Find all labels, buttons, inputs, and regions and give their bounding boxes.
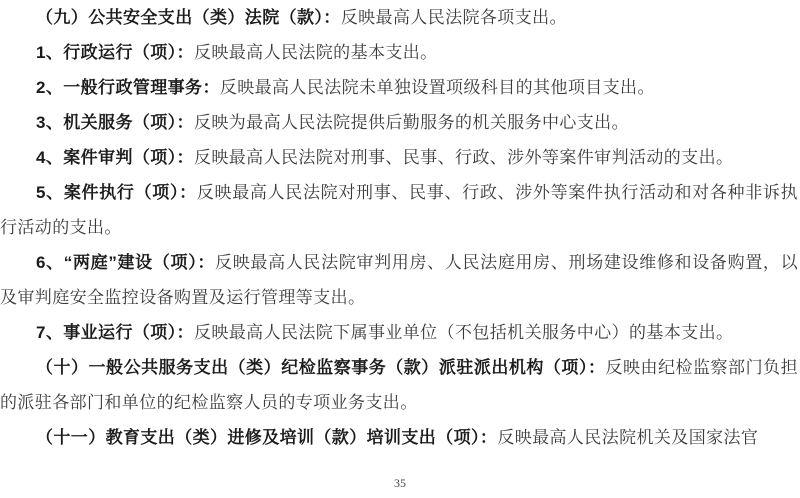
paragraph-label: （九）公共安全支出（类）法院（款）： [36, 8, 341, 27]
paragraph-body: 反映最高人民法院机关及国家法官 [497, 428, 758, 447]
paragraph-body: 反映最高人民法院未单独设置项级科目的其他项目支出。 [220, 78, 655, 97]
paragraph-label: 2、一般行政管理事务： [36, 78, 220, 97]
paragraph-label: （十）一般公共服务支出（类）纪检监察事务（款）派驻派出机构（项）： [36, 358, 605, 377]
paragraph: （十）一般公共服务支出（类）纪检监察事务（款）派驻派出机构（项）：反映由纪检监察… [0, 350, 798, 420]
paragraph: 7、事业运行（项）：反映最高人民法院下属事业单位（不包括机关服务中心）的基本支出… [0, 315, 798, 350]
paragraph-label: 4、案件审判（项）： [36, 148, 194, 167]
paragraph-label: 3、机关服务（项）： [36, 113, 194, 132]
paragraph: 5、案件执行（项）：反映最高人民法院对刑事、民事、行政、涉外等案件执行活动和对各… [0, 175, 798, 245]
paragraph-list: （九）公共安全支出（类）法院（款）：反映最高人民法院各项支出。 1、行政运行（项… [0, 0, 798, 455]
paragraph-body: 反映最高人民法院下属事业单位（不包括机关服务中心）的基本支出。 [194, 323, 733, 342]
document-page: （九）公共安全支出（类）法院（款）：反映最高人民法院各项支出。 1、行政运行（项… [0, 0, 800, 498]
paragraph-label: 5、案件执行（项）： [36, 183, 197, 202]
paragraph-body: 反映为最高人民法院提供后勤服务的机关服务中心支出。 [194, 113, 629, 132]
paragraph-label: （十一）教育支出（类）进修及培训（款）培训支出（项）： [36, 428, 497, 447]
paragraph-label: 7、事业运行（项）： [36, 323, 194, 342]
paragraph-label: 1、行政运行（项）： [36, 43, 194, 62]
page-number: 35 [0, 476, 800, 491]
paragraph: （九）公共安全支出（类）法院（款）：反映最高人民法院各项支出。 [0, 0, 798, 35]
paragraph: 3、机关服务（项）：反映为最高人民法院提供后勤服务的机关服务中心支出。 [0, 105, 798, 140]
paragraph: 4、案件审判（项）：反映最高人民法院对刑事、民事、行政、涉外等案件审判活动的支出… [0, 140, 798, 175]
paragraph-body: 反映最高人民法院各项支出。 [341, 8, 567, 27]
paragraph-body: 反映最高人民法院对刑事、民事、行政、涉外等案件审判活动的支出。 [194, 148, 733, 167]
paragraph: 2、一般行政管理事务：反映最高人民法院未单独设置项级科目的其他项目支出。 [0, 70, 798, 105]
paragraph: 6、“两庭”建设（项）：反映最高人民法院审判用房、人民法庭用房、刑场建设维修和设… [0, 245, 798, 315]
paragraph-label: 6、“两庭”建设（项）： [36, 253, 215, 272]
paragraph-body: 反映最高人民法院的基本支出。 [194, 43, 438, 62]
paragraph: 1、行政运行（项）：反映最高人民法院的基本支出。 [0, 35, 798, 70]
paragraph: （十一）教育支出（类）进修及培训（款）培训支出（项）：反映最高人民法院机关及国家… [0, 420, 798, 455]
